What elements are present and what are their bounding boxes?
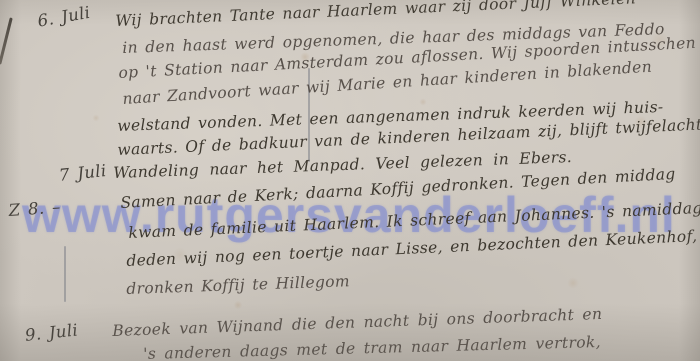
diary-line: dronken Koffij te Hillegom — [126, 272, 350, 298]
entry-date-7-juli: 7 Juli — [58, 161, 107, 185]
entry-date-8: Z 8. – — [8, 197, 61, 220]
paper-edge-mark — [0, 17, 13, 64]
pencil-margin-line-bottom — [64, 246, 66, 302]
entry-date-9-juli: 9. Juli — [24, 320, 79, 344]
diary-page-scan: www.rutgersvanderloeff.nl 6. Juli Wij br… — [0, 0, 700, 361]
diary-line: 's anderen daags met de tram naar Haarle… — [143, 333, 601, 361]
entry-date-6-juli: 6. Juli — [36, 3, 92, 31]
